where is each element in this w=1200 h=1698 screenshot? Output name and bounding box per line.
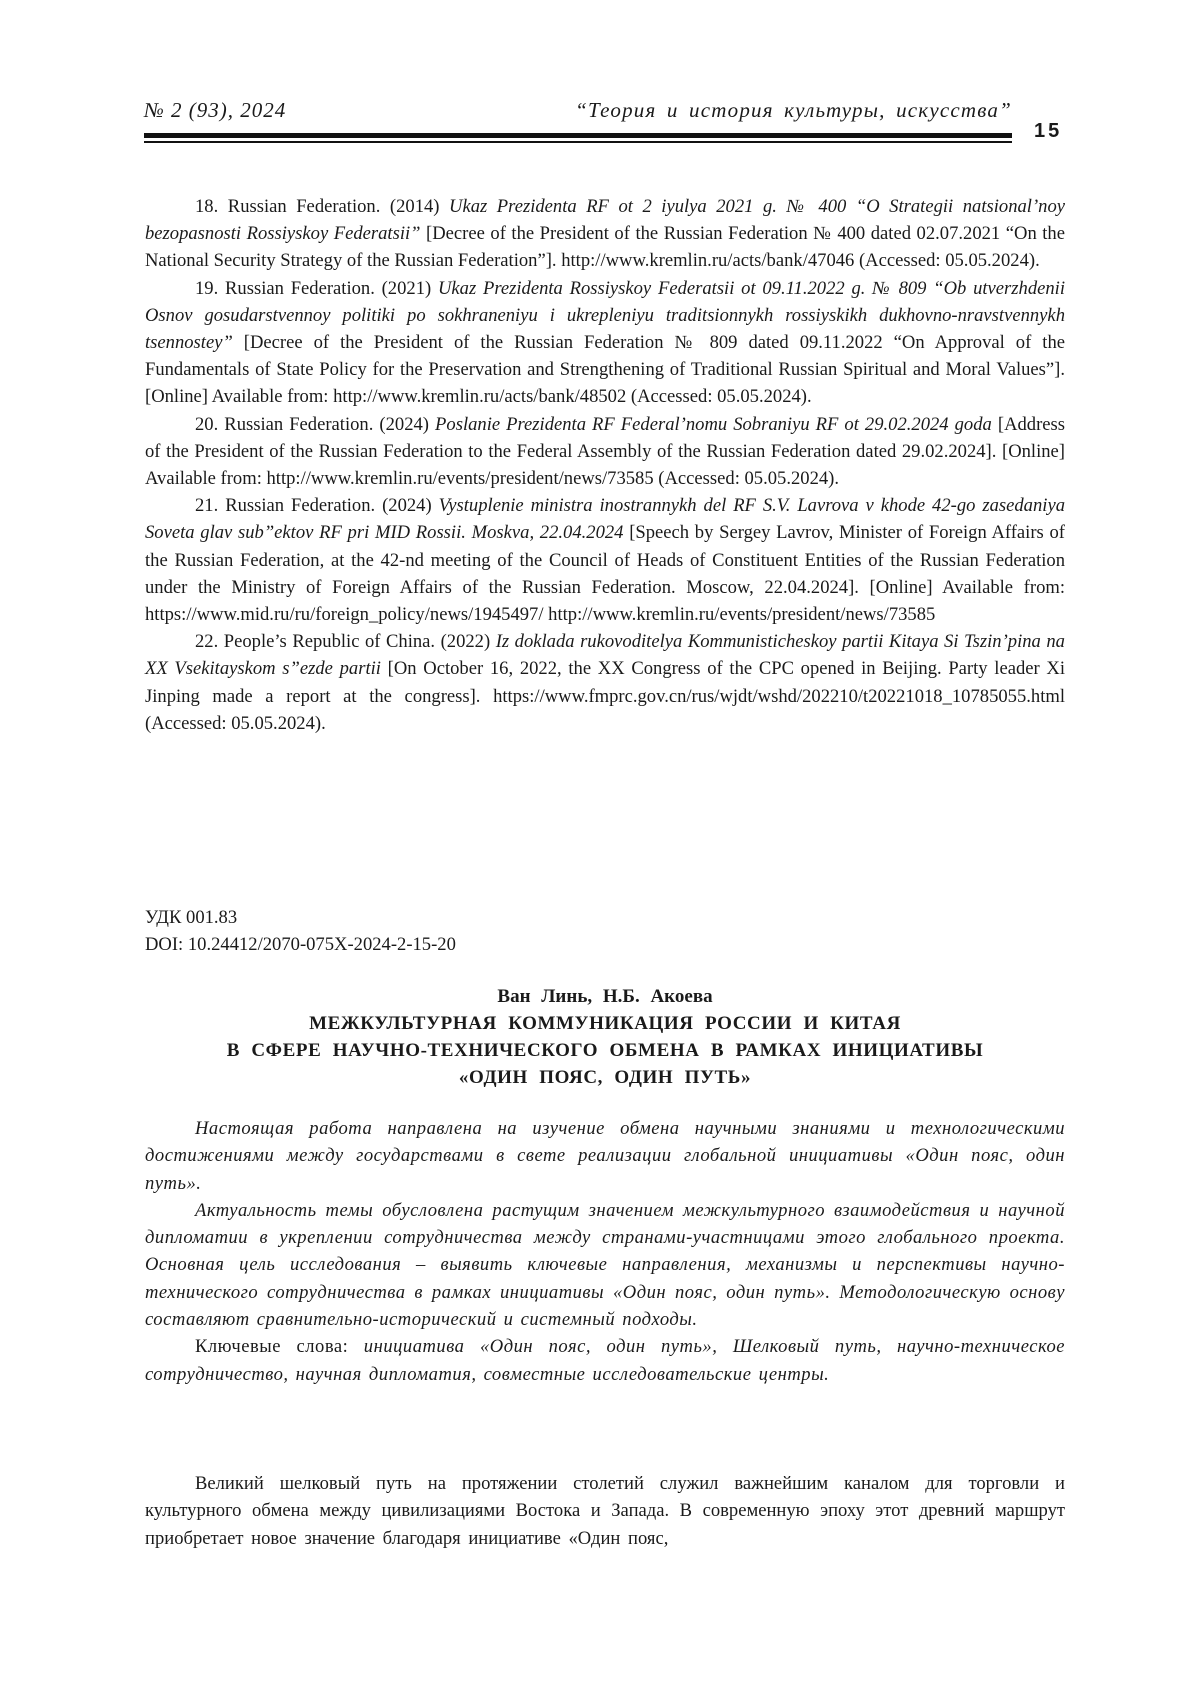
title-line: «ОДИН ПОЯС, ОДИН ПУТЬ» [145, 1064, 1065, 1091]
reference-details: [Decree of the President of the Russian … [145, 332, 1065, 407]
doi: DOI: 10.24412/2070-075X-2024-2-15-20 [145, 931, 456, 958]
udc-code: УДК 001.83 [145, 904, 456, 931]
reference-lead: Russian Federation. (2024) [224, 414, 429, 435]
reference-lead: Russian Federation. (2021) [225, 278, 431, 299]
keywords-label: Ключевые слова: [195, 1336, 348, 1357]
header-rule-thin [144, 141, 1012, 143]
reference-title: Poslanie Prezidenta RF Federal’nomu Sobr… [435, 414, 992, 435]
reference-item: 19. Russian Federation. (2021) Ukaz Prez… [145, 275, 1065, 411]
reference-lead: Russian Federation. (2014) [228, 196, 440, 217]
abstract-paragraph: Актуальность темы обусловлена растущим з… [145, 1197, 1065, 1333]
keywords: Ключевые слова: инициатива «Один пояс, о… [145, 1333, 1065, 1388]
article-authors: Ван Линь, Н.Б. Акоева [145, 983, 1065, 1010]
running-head: № 2 (93), 2024 “Теория и история культур… [144, 98, 1012, 128]
abstract: Настоящая работа направлена на изучение … [145, 1115, 1065, 1388]
reference-item: 20. Russian Federation. (2024) Poslanie … [145, 411, 1065, 493]
title-line: В СФЕРЕ НАУЧНО-ТЕХНИЧЕСКОГО ОБМЕНА В РАМ… [145, 1037, 1065, 1064]
article-title: МЕЖКУЛЬТУРНАЯ КОММУНИКАЦИЯ РОССИИ И КИТА… [145, 1010, 1065, 1091]
reference-number: 21. [195, 495, 218, 516]
reference-number: 19. [195, 278, 218, 299]
reference-number: 20. [195, 414, 218, 435]
reference-number: 18. [195, 196, 218, 217]
reference-item: 18. Russian Federation. (2014) Ukaz Prez… [145, 193, 1065, 275]
title-line: МЕЖКУЛЬТУРНАЯ КОММУНИКАЦИЯ РОССИИ И КИТА… [145, 1010, 1065, 1037]
reference-list: 18. Russian Federation. (2014) Ukaz Prez… [145, 193, 1065, 737]
reference-number: 22. [195, 631, 218, 652]
journal-title: “Теория и история культуры, искусства” [575, 98, 1012, 123]
header-rule-thick [144, 133, 1012, 138]
article-meta: УДК 001.83 DOI: 10.24412/2070-075X-2024-… [145, 904, 456, 958]
journal-page: № 2 (93), 2024 “Теория и история культур… [0, 0, 1200, 1698]
reference-item: 21. Russian Federation. (2024) Vystuplen… [145, 492, 1065, 628]
article-body: Великий шелковый путь на протяжении стол… [145, 1470, 1065, 1552]
page-number: 15 [1034, 120, 1062, 143]
reference-lead: Russian Federation. (2024) [225, 495, 432, 516]
reference-lead: People’s Republic of China. (2022) [224, 631, 490, 652]
issue-number: № 2 (93), 2024 [144, 98, 286, 123]
body-paragraph: Великий шелковый путь на протяжении стол… [145, 1470, 1065, 1552]
reference-item: 22. People’s Republic of China. (2022) I… [145, 628, 1065, 737]
abstract-paragraph: Настоящая работа направлена на изучение … [145, 1115, 1065, 1197]
